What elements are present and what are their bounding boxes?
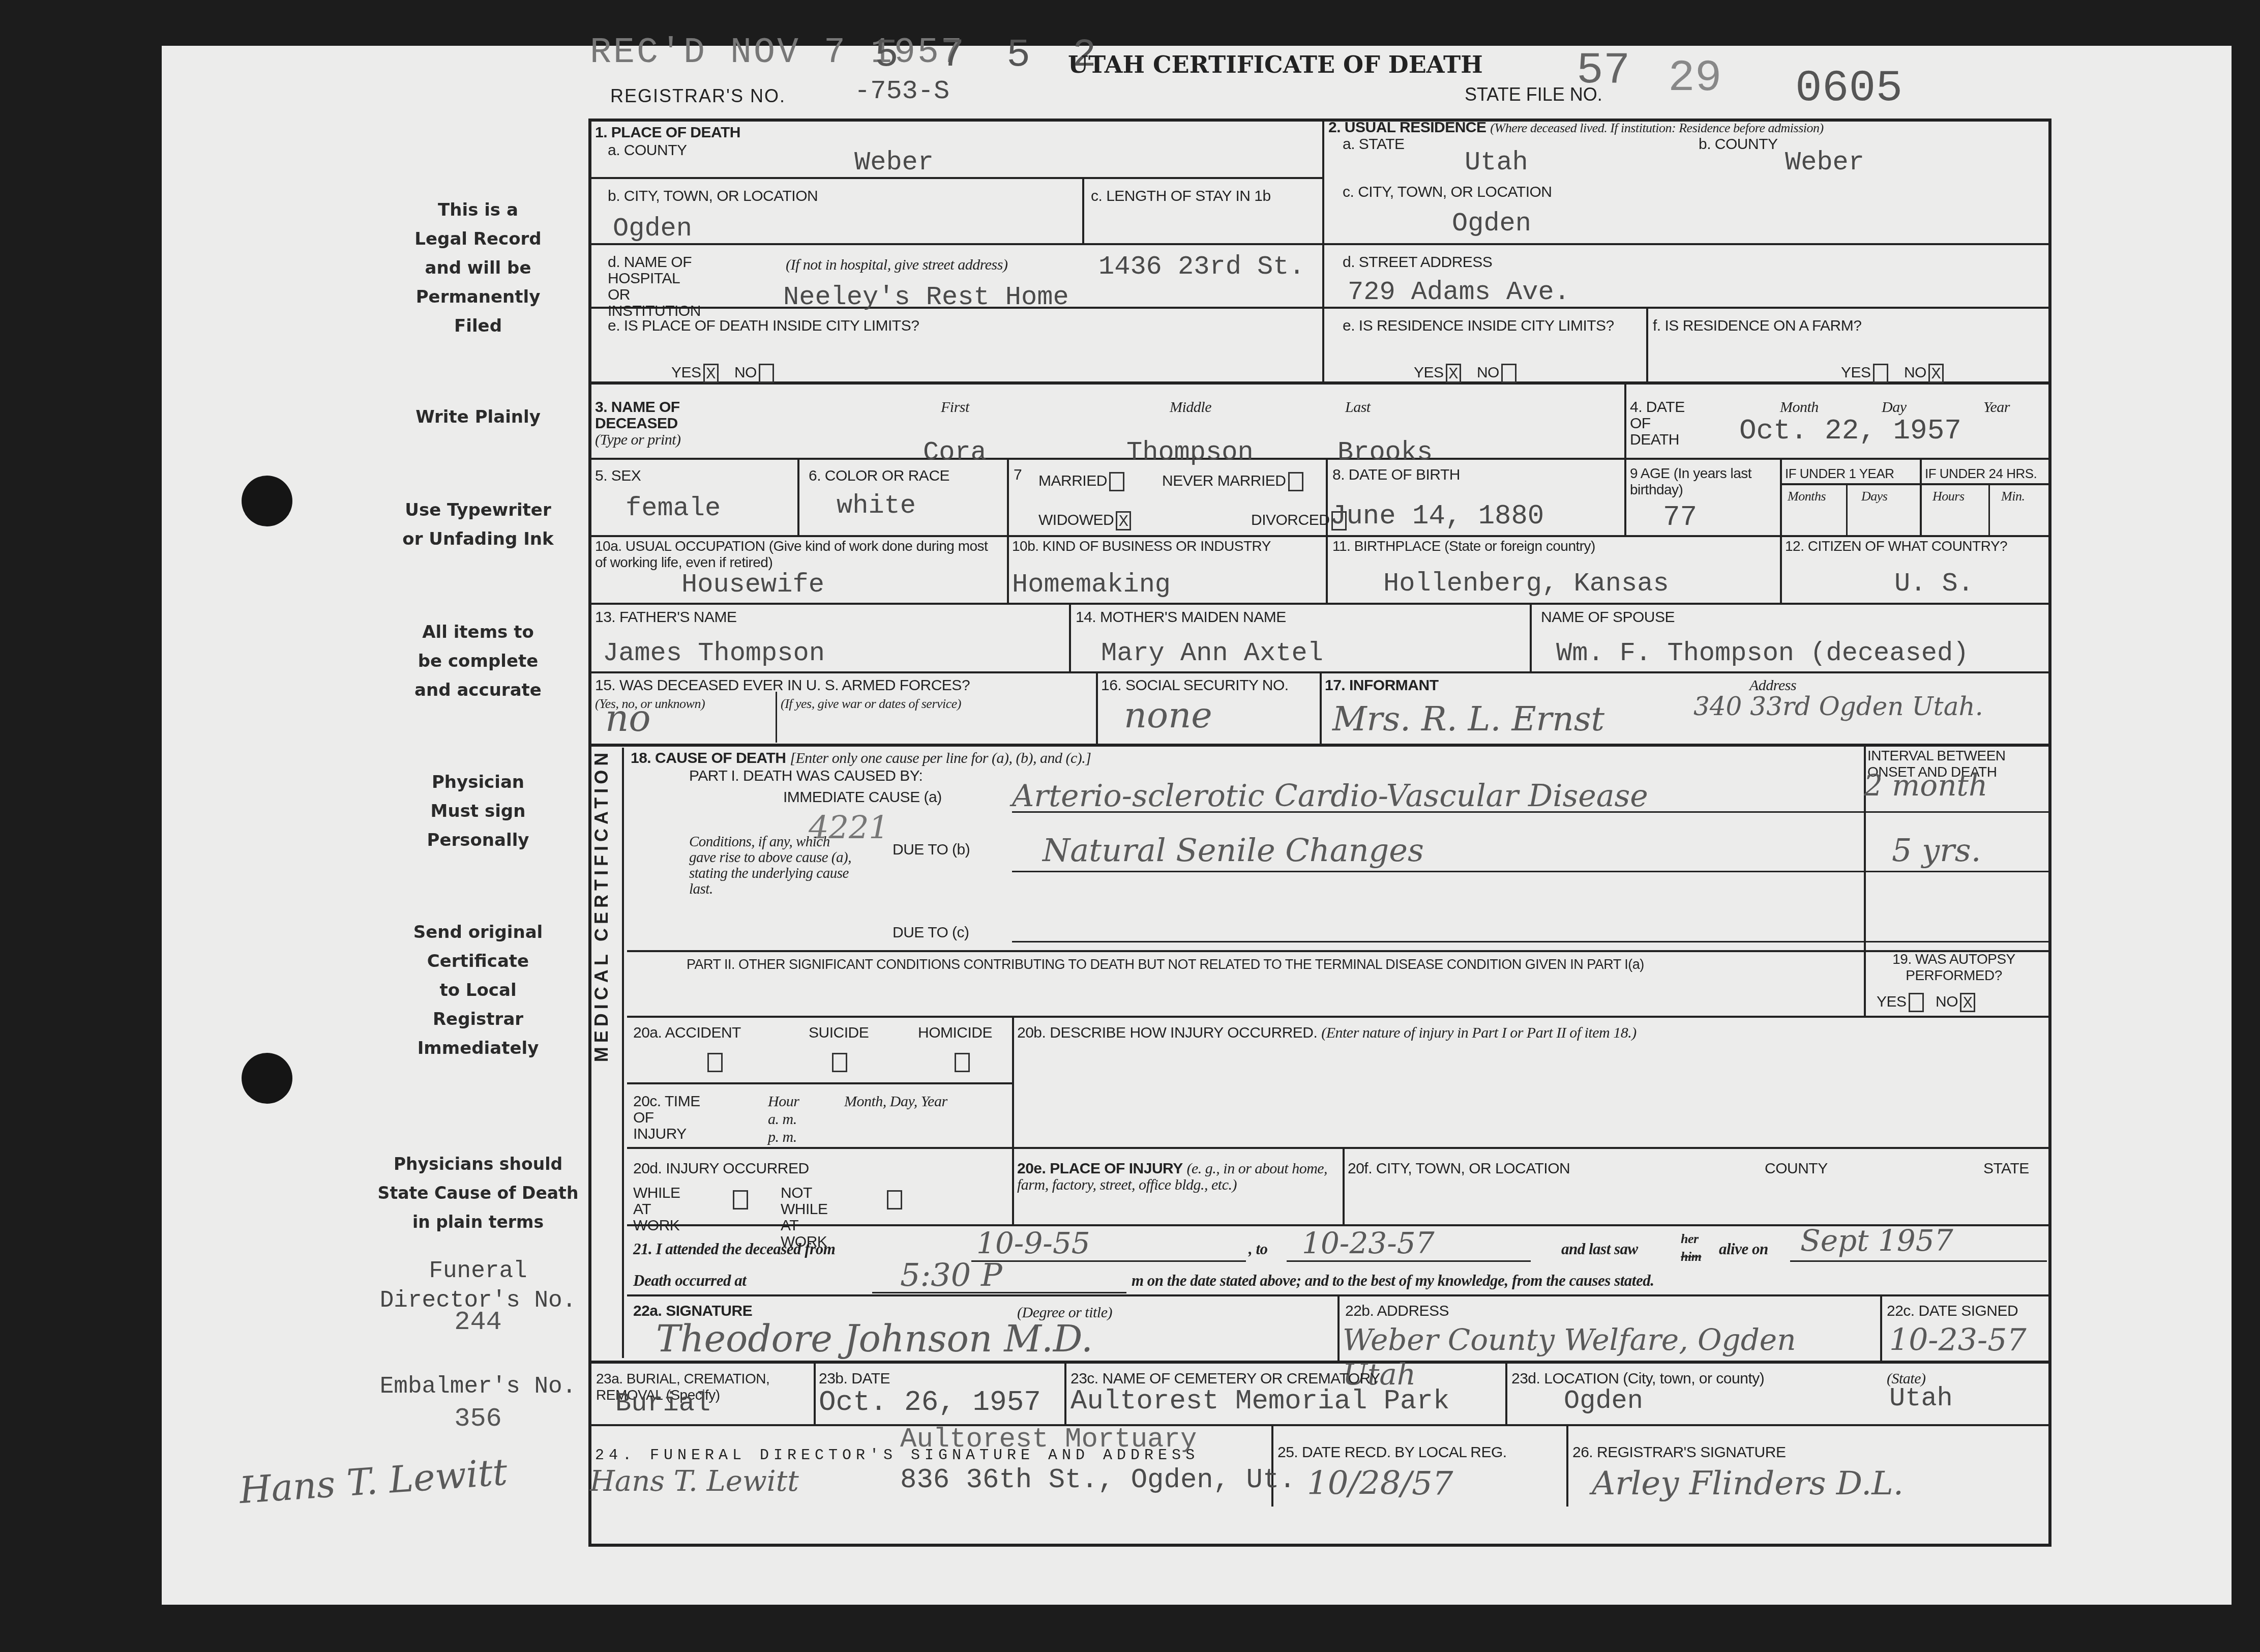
ssn-label: 16. SOCIAL SECURITY NO.	[1101, 677, 1289, 694]
age-value[interactable]: 77	[1663, 501, 1697, 534]
injury-occurred-label: 20d. INJURY OCCURRED	[633, 1161, 809, 1177]
autopsy-label: 19. WAS AUTOPSY PERFORMED?	[1867, 951, 2040, 984]
interval-a-value[interactable]: 2 month	[1864, 768, 1987, 803]
days-label: Days	[1861, 488, 1887, 505]
autopsy-no-checkbox[interactable]: X	[1960, 993, 1975, 1012]
last-label: Last	[1345, 399, 1371, 416]
place-city-value[interactable]: Ogden	[613, 214, 692, 244]
month-label: Month	[1780, 399, 1819, 416]
institution-value[interactable]: Neeley's Rest Home	[783, 282, 1069, 312]
middle-name-value[interactable]: Thompson	[1126, 437, 1254, 467]
name-label: 3. NAME OF DECEASED(Type or print)	[595, 399, 717, 448]
city-label: b. CITY, TOWN, OR LOCATION	[608, 188, 818, 204]
death-occurred-suffix: m on the date stated above; and to the b…	[1132, 1273, 1654, 1289]
residence-heading: 2. USUAL RESIDENCE (Where deceased lived…	[1328, 120, 1824, 136]
funeral-director-no: 244	[371, 1307, 585, 1337]
state-file-part1: 57	[1577, 46, 1630, 96]
registrar-no-label: REGISTRAR'S NO.	[610, 85, 786, 107]
sidebar-write-note: Write Plainly	[361, 403, 595, 432]
res-state-value[interactable]: Utah	[1465, 147, 1528, 178]
marital-num: 7	[1014, 467, 1022, 483]
married-option: MARRIED	[1038, 472, 1124, 491]
year-label: Year	[1983, 399, 2010, 416]
date-recd-label: 25. DATE RECD. BY LOCAL REG.	[1277, 1444, 1507, 1461]
to-label: , to	[1248, 1241, 1268, 1257]
part1-label: PART I. DEATH WAS CAUSED BY:	[689, 768, 923, 784]
citizen-value[interactable]: U. S.	[1894, 569, 1974, 599]
farm-yes-checkbox[interactable]	[1873, 364, 1888, 383]
suicide-checkbox[interactable]	[832, 1053, 847, 1072]
race-value[interactable]: white	[837, 491, 916, 521]
last-seen-value[interactable]: Sept 1957	[1800, 1223, 1953, 1258]
cause-heading: 18. CAUSE OF DEATH [Enter only one cause…	[631, 750, 1091, 766]
immediate-cause-value[interactable]: Arterio-sclerotic Cardio-Vascular Diseas…	[1012, 778, 1648, 814]
pronoun-him: him	[1681, 1249, 1701, 1265]
state-file-part2: 29	[1668, 53, 1722, 104]
cemetery-label: 23c. NAME OF CEMETERY OR CREMATORY	[1070, 1371, 1380, 1387]
describe-injury-label: 20b. DESCRIBE HOW INJURY OCCURRED. (Ente…	[1017, 1025, 1637, 1041]
res-city-value[interactable]: Ogden	[1452, 209, 1531, 239]
hours-label: Hours	[1932, 488, 1965, 505]
date-of-death-value[interactable]: Oct. 22, 1957	[1739, 415, 1961, 447]
widowed-checkbox[interactable]: X	[1116, 511, 1131, 530]
res-inside-options: YESX NO	[1414, 364, 1516, 383]
inside-limits-label: e. IS PLACE OF DEATH INSIDE CITY LIMITS?	[608, 318, 919, 334]
registrar-signature[interactable]: Arley Flinders D.L.	[1592, 1465, 1904, 1502]
middle-label: Middle	[1170, 399, 1211, 416]
burial-state-value[interactable]: Utah	[1889, 1383, 1953, 1413]
widowed-option: WIDOWEDX	[1038, 511, 1131, 530]
citizen-label: 12. CITIZEN OF WHAT COUNTRY?	[1785, 538, 2007, 554]
informant-address-value[interactable]: 340 33rd Ogden Utah.	[1693, 692, 2024, 721]
res-county-label: b. COUNTY	[1699, 136, 1778, 153]
institution-address[interactable]: 1436 23rd St.	[1098, 252, 1305, 282]
punch-hole	[242, 1053, 292, 1104]
institution-hint: (If not in hospital, give street address…	[786, 257, 1007, 273]
hour-label: Hour	[768, 1094, 799, 1110]
armed-forces-value[interactable]: no	[605, 697, 651, 740]
res-city-label: c. CITY, TOWN, OR LOCATION	[1343, 184, 1552, 200]
under-1-year-label: IF UNDER 1 YEAR	[1785, 465, 1894, 482]
spouse-value[interactable]: Wm. F. Thompson (deceased)	[1556, 638, 1969, 668]
res-street-label: d. STREET ADDRESS	[1343, 254, 1492, 271]
death-time-value[interactable]: 5:30 P	[900, 1256, 1002, 1293]
inside-limits-options: YESX NO	[671, 364, 774, 383]
dob-label: 8. DATE OF BIRTH	[1332, 467, 1460, 483]
sidebar-send-note: Send original Certificate to Local Regis…	[361, 918, 595, 1063]
county-label: a. COUNTY	[608, 142, 687, 159]
place-of-injury-label: 20e. PLACE OF INJURY (e. g., in or about…	[1017, 1161, 1337, 1193]
birthplace-label: 11. BIRTHPLACE (State or foreign country…	[1332, 538, 1595, 554]
mdy-label: Month, Day, Year	[844, 1094, 947, 1110]
injury-city-label: 20f. CITY, TOWN, OR LOCATION	[1348, 1161, 1570, 1177]
injury-county-label: COUNTY	[1765, 1161, 1828, 1177]
mother-label: 14. MOTHER'S MAIDEN NAME	[1076, 609, 1286, 626]
immediate-cause-label: IMMEDIATE CAUSE (a)	[783, 789, 942, 806]
burial-location-label: 23d. LOCATION (City, town, or county)	[1511, 1371, 1764, 1387]
ssn-value[interactable]: none	[1124, 694, 1212, 736]
divider	[1322, 119, 1324, 383]
while-at-work-checkbox[interactable]	[733, 1190, 748, 1209]
funeral-director-signature[interactable]: Hans T. Lewitt	[590, 1465, 799, 1498]
attended-from-value[interactable]: 10-9-55	[976, 1226, 1090, 1260]
interval-b-value[interactable]: 5 yrs.	[1892, 832, 1981, 869]
attended-to-value[interactable]: 10-23-57	[1302, 1226, 1435, 1260]
date-signed-label: 22c. DATE SIGNED	[1887, 1303, 2018, 1319]
funeral-director-no-label: Funeral Director's No.	[371, 1256, 585, 1315]
last-name-value[interactable]: Brooks	[1337, 437, 1433, 467]
business-label: 10b. KIND OF BUSINESS OR INDUSTRY	[1012, 538, 1271, 554]
inside-limits-yes-checkbox[interactable]: X	[703, 364, 719, 383]
due-to-b-label: DUE TO (b)	[893, 842, 970, 858]
time-of-injury-label: 20c. TIME OF INJURY	[633, 1094, 709, 1142]
autopsy-options: YES NOX	[1877, 993, 1975, 1012]
pronoun-her: her	[1681, 1231, 1699, 1247]
res-inside-limits-label: e. IS RESIDENCE INSIDE CITY LIMITS?	[1343, 318, 1614, 334]
sidebar-legal-note: This is a Legal Record and will be Perma…	[361, 196, 595, 341]
burial-location-value[interactable]: Ogden	[1564, 1386, 1643, 1416]
birthplace-value[interactable]: Hollenberg, Kansas	[1383, 569, 1669, 599]
sidebar-cause-note: Physicians should State Cause of Death i…	[351, 1149, 605, 1236]
conditions-label: Conditions, if any, which gave rise to a…	[689, 834, 852, 897]
homicide-checkbox[interactable]	[955, 1053, 970, 1072]
place-of-death-heading: 1. PLACE OF DEATH	[595, 125, 740, 141]
business-value[interactable]: Homemaking	[1012, 570, 1171, 600]
accident-checkbox[interactable]	[707, 1053, 723, 1072]
registrar-no: -753-S	[854, 76, 949, 106]
armed-forces-label: 15. WAS DECEASED EVER IN U. S. ARMED FOR…	[595, 677, 970, 694]
res-street-value[interactable]: 729 Adams Ave.	[1348, 277, 1570, 307]
mother-value[interactable]: Mary Ann Axtel	[1101, 638, 1323, 668]
min-label: Min.	[2001, 488, 2025, 505]
place-county-value[interactable]: Weber	[854, 147, 934, 178]
inside-limits-no-checkbox[interactable]	[759, 364, 774, 383]
part2-label: PART II. OTHER SIGNIFICANT CONDITIONS CO…	[687, 956, 1644, 972]
informant-value[interactable]: Mrs. R. L. Ernst	[1332, 699, 1604, 739]
registrar-signature-label: 26. REGISTRAR'S SIGNATURE	[1572, 1444, 1786, 1461]
dod-label: 4. DATE OF DEATH	[1630, 399, 1691, 448]
sidebar-complete-note: All items to be complete and accurate	[361, 618, 595, 705]
res-state-label: a. STATE	[1343, 136, 1405, 153]
occupation-label: 10a. USUAL OCCUPATION (Give kind of work…	[595, 538, 1002, 571]
informant-label: 17. INFORMANT	[1325, 677, 1439, 694]
spouse-label: NAME OF SPOUSE	[1541, 609, 1675, 626]
document-title: UTAH CERTIFICATE OF DEATH	[1068, 51, 1483, 78]
race-label: 6. COLOR OR RACE	[809, 468, 949, 484]
months-label: Months	[1788, 488, 1826, 505]
state-file-part3: 0605	[1795, 64, 1902, 114]
not-while-at-work-checkbox[interactable]	[887, 1190, 902, 1209]
day-label: Day	[1882, 399, 1906, 416]
res-county-value[interactable]: Weber	[1785, 147, 1864, 178]
date-recd-value[interactable]: 10/28/57	[1307, 1465, 1453, 1502]
armed-hint-service: (If yes, give war or dates of service)	[781, 696, 961, 712]
alive-on-label: alive on	[1719, 1241, 1768, 1257]
sex-value[interactable]: female	[626, 493, 721, 523]
married-checkbox[interactable]	[1109, 472, 1124, 491]
suicide-label: SUICIDE	[809, 1025, 869, 1041]
res-inside-no-checkbox[interactable]	[1501, 364, 1516, 383]
mortuary-name[interactable]: Aultorest Mortuary	[900, 1424, 1197, 1455]
sidebar-typewriter-note: Use Typewriter or Unfading Ink	[361, 496, 595, 554]
death-occurred-label: Death occurred at	[633, 1273, 746, 1289]
autopsy-yes-checkbox[interactable]	[1909, 993, 1924, 1012]
sex-label: 5. SEX	[595, 468, 641, 484]
physician-signature[interactable]: Theodore Johnson M.D.	[656, 1317, 1093, 1360]
father-label: 13. FATHER'S NAME	[595, 609, 736, 626]
first-label: First	[941, 399, 969, 416]
homicide-label: HOMICIDE	[918, 1025, 992, 1041]
under-24-hrs-label: IF UNDER 24 HRS.	[1925, 465, 2037, 482]
farm-no-checkbox[interactable]: X	[1928, 364, 1944, 383]
never-married-option: NEVER MARRIED	[1162, 472, 1303, 491]
cemetery-value[interactable]: Aultorest Memorial Park	[1070, 1386, 1449, 1417]
farm-options: YES NOX	[1841, 364, 1944, 383]
farm-label: f. IS RESIDENCE ON A FARM?	[1653, 318, 1861, 334]
due-to-c-label: DUE TO (c)	[893, 925, 969, 941]
pm-label: p. m.	[768, 1129, 797, 1145]
res-inside-yes-checkbox[interactable]: X	[1446, 364, 1461, 383]
injury-type-label: 20a. ACCIDENT	[633, 1025, 741, 1041]
burial-date-label: 23b. DATE	[819, 1371, 890, 1387]
embalmer-no-label: Embalmer's No.	[371, 1373, 585, 1400]
last-saw-label: and last saw	[1561, 1241, 1638, 1257]
mortuary-address[interactable]: 836 36th St., Ogden, Ut.	[900, 1465, 1296, 1496]
burial-date-value[interactable]: Oct. 26, 1957	[819, 1386, 1041, 1419]
burial-type-value[interactable]: Burial	[615, 1389, 710, 1419]
occupation-value[interactable]: Housewife	[681, 570, 824, 600]
never-married-checkbox[interactable]	[1288, 472, 1303, 491]
physician-address-label: 22b. ADDRESS	[1345, 1303, 1449, 1319]
sidebar-physician-note: Physician Must sign Personally	[361, 768, 595, 855]
first-name-value[interactable]: Cora	[923, 437, 987, 467]
while-at-work-label: WHILE AT WORK	[633, 1185, 694, 1234]
father-value[interactable]: James Thompson	[603, 638, 825, 668]
embalmer-no: 356	[371, 1404, 585, 1434]
due-to-b-value[interactable]: Natural Senile Changes	[1043, 832, 1424, 869]
stay-label: c. LENGTH OF STAY IN 1b	[1091, 188, 1271, 204]
attended-from-label: 21. I attended the deceased from	[633, 1241, 835, 1257]
injury-state-label: STATE	[1983, 1161, 2029, 1177]
am-label: a. m.	[768, 1111, 797, 1128]
dob-value[interactable]: June 14, 1880	[1330, 501, 1544, 532]
institution-label: d. NAME OF HOSPITAL OR INSTITUTION	[608, 254, 694, 319]
age-label: 9 AGE (In years last birthday)	[1630, 465, 1777, 498]
punch-hole	[242, 476, 292, 526]
date-signed-value[interactable]: 10-23-57	[1889, 1322, 2027, 1358]
